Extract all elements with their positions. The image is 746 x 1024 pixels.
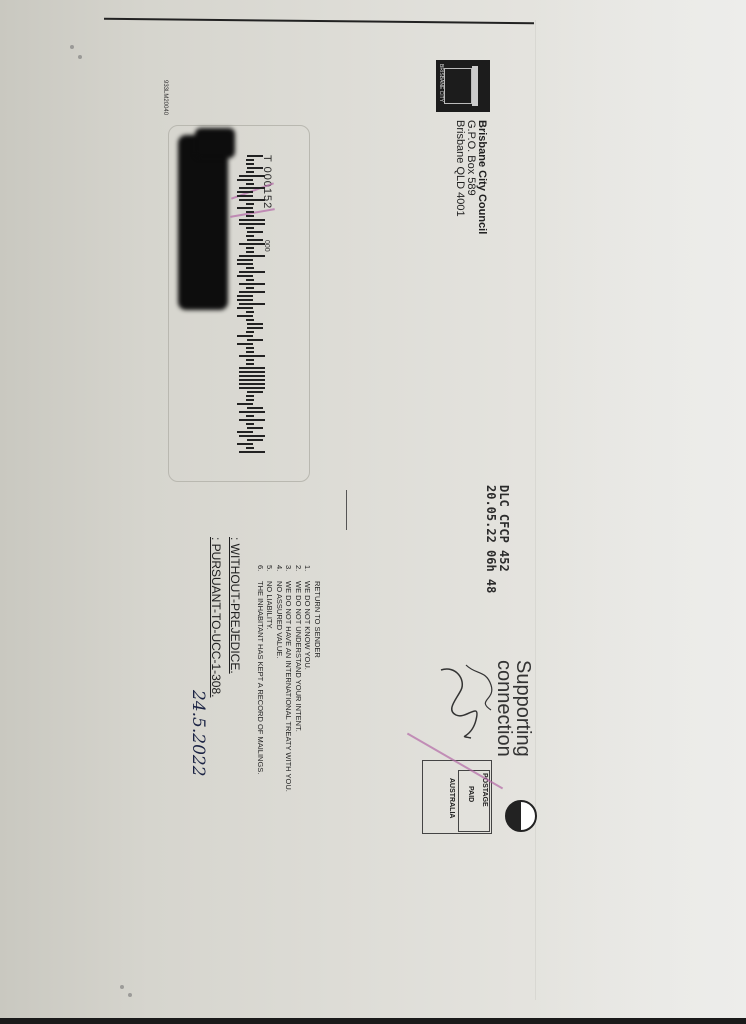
city-hall-icon <box>444 68 472 104</box>
country-label: AUSTRALIA <box>448 778 455 818</box>
legal-line2: : PURSUANT-TO-UCC-1-308. <box>206 537 225 697</box>
paid-label: PAID <box>467 786 474 802</box>
ruled-line <box>104 18 534 25</box>
signature-scribble <box>436 660 506 740</box>
speck <box>128 993 132 997</box>
envelope: 933LM20040 BRISBANE CITY Brisbane City C… <box>0 0 746 1018</box>
sender-address-line1: G.P.O. Box 589 <box>465 120 476 234</box>
redacted-recipient <box>178 135 228 310</box>
notice-heading: RETURN TO SENDER <box>313 565 323 792</box>
notice-item: 4.NO ASSURED VALUE. <box>275 565 285 792</box>
redacted-recipient <box>195 128 235 158</box>
speck <box>70 45 74 49</box>
speck <box>78 55 82 59</box>
speck <box>120 985 124 989</box>
legal-line1: : WITHOUT-PREJEDICE. <box>225 537 244 697</box>
sender-address-line2: Brisbane QLD 4001 <box>454 120 465 234</box>
divider-line <box>346 490 347 530</box>
postmark-line2: 20.05.22 06h 48 <box>484 485 497 593</box>
notice-item: 2.WE DO NOT UNDERSTAND YOUR INTENT. <box>294 565 304 792</box>
clock-tower-icon <box>472 66 478 106</box>
legal-notice: : WITHOUT-PREJEDICE. : PURSUANT-TO-UCC-1… <box>206 537 244 697</box>
slogan-line1: Supporting <box>513 660 532 757</box>
council-logo: BRISBANE CITY <box>436 60 490 112</box>
logo-caption: BRISBANE CITY <box>438 64 444 102</box>
handwritten-date: 24.5.2022 <box>188 690 208 777</box>
barcode <box>237 155 267 460</box>
return-notice: RETURN TO SENDER 1.WE DO NOT KNOW YOU. 2… <box>256 565 323 792</box>
notice-item: 5.NO LIABILITY. <box>265 565 275 792</box>
postmark: DLC CFCP 452 20.05.22 06h 48 <box>484 485 510 593</box>
australia-post-logo-icon <box>505 800 537 832</box>
postmark-line1: DLC CFCP 452 <box>497 485 510 593</box>
fold-crease <box>535 20 536 1000</box>
notice-item: 6.THE INHABITANT HAS KEPT A RECORD OF MA… <box>256 565 266 792</box>
sender-organization: Brisbane City Council <box>476 120 487 234</box>
sender-address: Brisbane City Council G.P.O. Box 589 Bri… <box>454 120 487 234</box>
notice-item: 3.WE DO NOT HAVE AN INTERNATIONAL TREATY… <box>284 565 294 792</box>
notice-item: 1.WE DO NOT KNOW YOU. <box>303 565 313 792</box>
mail-code: 933LM20040 <box>162 80 168 115</box>
